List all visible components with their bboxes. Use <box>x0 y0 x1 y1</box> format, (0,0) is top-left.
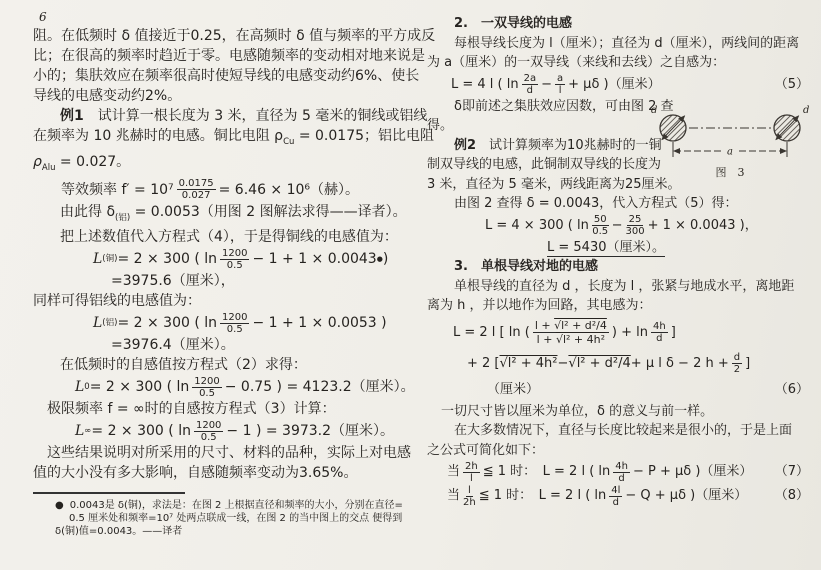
fraction-denominator: d <box>618 473 624 484</box>
fraction: 4ld <box>609 485 622 508</box>
equation-result-line: =3976.4（厘米）。 <box>111 335 425 355</box>
footnote-line: ●0.0043是 δ(铜)，求法是：在图 2 上根据直径和频率的大小，分别在直径… <box>33 499 425 512</box>
text-line: 阻。在低频时 δ 值接近于0.25，在高频时 δ 值与频率的平方成反 <box>33 26 425 46</box>
equation-7: 当 2hl ≦ 1 时： L = 2 l ( ln 4hd − P + μδ )… <box>447 460 815 484</box>
text-span: 由此得 δ <box>60 204 115 220</box>
fraction-numerator: 0.0175 <box>177 178 216 190</box>
figure-3-drawing: d d a 图 3 <box>647 100 815 184</box>
figure-3: d d a 图 3 <box>647 100 815 184</box>
fraction-denominator: 0.5 <box>592 226 608 237</box>
L-symbol: L <box>93 249 102 269</box>
eq-text: = 2 × 300 ( ln <box>91 421 191 441</box>
L-cu-subscript: (铜) <box>102 249 117 269</box>
fraction-numerator: d <box>732 352 742 364</box>
eq-text: = 2 × 300 ( ln <box>117 313 217 333</box>
text-span: = 0.0053（用图 2 图解法求得——译者）。 <box>130 204 406 220</box>
radical: √l² + d²/4 <box>568 354 630 374</box>
eq-text: + μ l δ − 2 h + <box>631 354 729 374</box>
equation-number: （7） <box>775 462 815 482</box>
text-line: 离为 h ，并以地作为回路，其电感为： <box>427 296 815 316</box>
example1-label: 例1 <box>60 108 84 124</box>
delta-al-subscript: (铝) <box>115 212 130 222</box>
equation-5: L = 4 l ( ln 2ad − al + μδ )（厘米） （5） <box>451 73 815 97</box>
eq-text: ] <box>671 323 676 343</box>
spacing-label: a <box>727 147 733 158</box>
aluminum-inductance-equation: L(铝) = 2 × 300 ( ln 12000.5 − 1 + 1 × 0.… <box>93 311 425 335</box>
text-span: 试计算频率为10兆赫时的一铜 <box>476 138 662 153</box>
text-line: 单根导线的直径为 d ，长度为 l ，张紧与地成水平，离地距 <box>427 277 815 297</box>
fraction-denominator: 2h <box>463 497 476 508</box>
fraction-numerator: l <box>466 485 473 497</box>
example2-equation: L = 4 × 300 ( ln 500.5 − 25300 + 1 × 0.0… <box>485 214 815 238</box>
fraction: 25300 <box>625 214 644 237</box>
fraction-numerator: 1200 <box>194 420 223 432</box>
eq-text: l + <box>537 333 556 346</box>
text-line: 比；在很高的频率时趋近于零。电感随频率的变动相对地来说是 <box>33 46 425 66</box>
text-line: 在频率为 10 兆赫时的电感。铜比电阻 ρCu = 0.0175；铝比电阻 <box>33 126 425 152</box>
text-span: 在频率为 10 兆赫时的电感。铜比电阻 ρ <box>33 128 283 144</box>
text-span: = 0.0175；铝比电阻 <box>294 128 434 144</box>
fraction-numerator: 4h <box>651 321 668 333</box>
eq-text: L = 4 × 300 ( ln <box>485 216 589 236</box>
fraction-denominator: d <box>527 85 533 96</box>
footnote-separator-rule <box>33 492 185 494</box>
text-line: 这些结果说明对所采用的尺寸、材料的品种，实际上对电感 <box>33 443 425 463</box>
equation-number: （8） <box>775 486 815 506</box>
eq-text: + μδ )（厘米） <box>568 75 660 95</box>
scanned-document-page: 6 阻。在低频时 δ 值接近于0.25，在高频时 δ 值与频率的平方成反 比；在… <box>0 0 821 570</box>
fraction-numerator: 25 <box>627 214 644 226</box>
L-infinity-subscript: ∞ <box>84 421 91 441</box>
fraction-numerator: a <box>555 73 565 85</box>
eq-text: − 1 + 1 × 0.0053 ) <box>252 313 386 333</box>
fraction-numerator: 1200 <box>220 312 249 324</box>
fraction-numerator: 4h <box>613 461 630 473</box>
eq-text: ≦ 1 时： L = 2 l ( ln <box>483 462 611 482</box>
text-line: 导线的电感变动约2%。 <box>33 86 425 106</box>
fraction-denominator: d <box>656 333 662 344</box>
fraction-denominator: 0.5 <box>199 388 215 399</box>
eq-text: 当 <box>447 486 460 506</box>
fraction-numerator: 1200 <box>192 376 221 388</box>
page-number: 6 <box>39 10 47 24</box>
fraction: 12000.5 <box>194 420 223 443</box>
text-line: 每根导线长度为 l（厘米）；直径为 d（厘米），两线间的距离 <box>427 34 815 54</box>
big-fraction: l + √l² + d²/4 l + √l² + 4h² <box>533 319 609 346</box>
fraction: 12000.5 <box>192 376 221 399</box>
left-column: 阻。在低频时 δ 值接近于0.25，在高频时 δ 值与频率的平方成反 比；在很高… <box>33 26 425 538</box>
footnote-text: 0.0043是 δ(铜)，求法是：在图 2 上根据直径和频率的大小，分别在直径= <box>70 500 403 511</box>
fraction-numerator: 1200 <box>220 248 249 260</box>
rho-cu-subscript: Cu <box>283 137 294 147</box>
fraction: 12000.5 <box>220 248 249 271</box>
eq-text: − <box>612 216 623 236</box>
eq-text: 当 <box>447 462 460 482</box>
fraction-numerator: 2a <box>522 73 539 85</box>
radical: √l² + 4h² <box>556 333 605 346</box>
rho-symbol: ρ <box>33 154 42 170</box>
text-line: 在大多数情况下，直径与长度比较起来是很小的，于是上面 <box>427 421 815 441</box>
footnote-line: δ(铜)值=0.0043。——译者 <box>33 525 425 538</box>
fraction-numerator: 4l <box>609 485 622 497</box>
eq-text: + 1 × 0.0043 )， <box>648 216 758 236</box>
eq-text: ≦ 1 时： L = 2 l ( ln <box>479 486 607 506</box>
fraction: 4hd <box>651 321 668 344</box>
eq-text: − <box>558 354 569 374</box>
fraction-numerator: l + √l² + d²/4 <box>533 319 609 333</box>
fraction: 12000.5 <box>220 312 249 335</box>
radical: √l² + 4h² <box>500 354 558 374</box>
text-line: 极限频率 f = ∞时的自感按方程式（3）计算： <box>33 399 425 419</box>
fraction-numerator: 2h <box>463 461 480 473</box>
eq-text: + 2 [ <box>467 354 500 374</box>
section-2-title: 2. 一双导线的电感 <box>427 14 815 34</box>
text-line: 小的；集肤效应在频率很高时使短导线的电感变动约6%、使长 <box>33 66 425 86</box>
fraction-denominator: 2 <box>734 364 740 375</box>
text-line: 之公式可简化如下： <box>427 441 815 461</box>
eq-text: L = 4 l ( ln <box>451 75 519 95</box>
fraction: 2ad <box>522 73 539 96</box>
text-span: 试计算一根长度为 3 米，直径为 5 毫米的铜线或铝线 <box>84 108 428 124</box>
low-frequency-inductance-equation: L0 = 2 × 300 ( ln 12000.5 − 0.75 ) = 412… <box>75 375 425 399</box>
example2-label: 例2 <box>454 138 476 153</box>
fraction-denominator: l + √l² + 4h² <box>537 333 605 346</box>
diameter-label-left: d <box>651 105 657 116</box>
text-line: ρAlu = 0.027。 <box>33 152 425 178</box>
fraction: al <box>555 73 565 96</box>
fraction-denominator: 0.5 <box>227 260 243 271</box>
L-al-subscript: (铝) <box>102 313 117 333</box>
eq-text: ] <box>745 354 750 374</box>
text-line: 在低频时的自感值按方程式（2）求得： <box>33 355 425 375</box>
radical: √l² + d²/4 <box>554 319 607 332</box>
eq-text: = 2 × 300 ( ln <box>117 249 217 269</box>
example2-result-line: L = 5430（厘米）。 <box>547 238 815 258</box>
equation-number: （5） <box>775 75 815 95</box>
rho-alu-subscript: Alu <box>42 163 56 173</box>
fraction: l2h <box>463 485 476 508</box>
fraction: 2hl <box>463 461 480 484</box>
fraction-denominator: 0.027 <box>182 190 211 201</box>
L-symbol: L <box>75 377 84 397</box>
text-line: 为 a（厘米）的一双导线（来线和去线）之自感为： <box>427 53 815 73</box>
footnote-line: 0.5 厘米处和频率=10⁷ 处两点联成一线，在图 2 的当中图上的交点 便得到 <box>33 512 425 525</box>
section-3-title: 3. 单根导线对地的电感 <box>427 257 815 277</box>
eq-text: ) <box>383 249 388 269</box>
fraction: 4hd <box>613 461 630 484</box>
eq-unit: （厘米） <box>487 380 539 400</box>
text-line: 把上述数值代入方程式（4），于是得铜线的电感值为： <box>33 227 425 247</box>
fraction-denominator: l <box>559 85 562 96</box>
fraction-denominator: 0.5 <box>227 324 243 335</box>
eq-text: 等效频率 f′ = 10⁷ <box>61 180 174 200</box>
equation-result-line: =3975.6（厘米）， <box>111 271 425 291</box>
underlined-result: L = 5430（厘米）。 <box>547 240 665 257</box>
equation-6-line2: + 2 [ √l² + 4h² − √l² + d²/4 + μ l δ − 2… <box>467 350 815 378</box>
eq-text: = 6.46 × 10⁶（赫）。 <box>219 180 359 200</box>
eq-text: − <box>541 75 552 95</box>
eq-text: = 2 × 300 ( ln <box>90 377 190 397</box>
fraction-denominator: d <box>613 497 619 508</box>
fraction-denominator: 0.5 <box>201 432 217 443</box>
L-symbol: L <box>75 421 84 441</box>
eq-text: − 0.75 ) = 4123.2（厘米）。 <box>225 377 415 397</box>
fraction: 0.01750.027 <box>177 178 216 201</box>
text-line: 一切尺寸皆以厘米为单位，δ 的意义与前一样。 <box>427 402 815 422</box>
fraction-numerator: 50 <box>592 214 609 226</box>
figure-3-caption: 图 3 <box>716 166 745 179</box>
L-symbol: L <box>93 313 102 333</box>
text-line: 值的大小没有多大影响，自感随频率变动为3.65%。 <box>33 463 425 483</box>
equation-6-line1: L = 2 l [ ln ( l + √l² + d²/4 l + √l² + … <box>453 316 815 350</box>
fraction-denominator: l <box>470 473 473 484</box>
eq-text: − Q + μδ )（厘米） <box>625 486 747 506</box>
example1-heading-line: 例1 试计算一根长度为 3 米，直径为 5 毫米的铜线或铝线 <box>33 106 425 126</box>
eq-text: − 1 + 1 × 0.0043 <box>252 249 376 269</box>
fraction-denominator: 300 <box>625 226 644 237</box>
text-line: 同样可得铝线的电感值为： <box>33 291 425 311</box>
eq-text: l + <box>535 319 554 332</box>
equation-8: 当 l2h ≦ 1 时： L = 2 l ( ln 4ld − Q + μδ )… <box>447 484 815 508</box>
fraction: d2 <box>732 352 742 375</box>
equation-number: （6） <box>775 380 815 400</box>
fraction: 500.5 <box>592 214 609 237</box>
equivalent-frequency-equation: 等效频率 f′ = 10⁷ 0.01750.027 = 6.46 × 10⁶（赫… <box>61 178 425 202</box>
diameter-label-right: d <box>803 105 809 116</box>
right-column: 2. 一双导线的电感 每根导线长度为 l（厘米）；直径为 d（厘米），两线间的距… <box>427 14 815 508</box>
eq-text: L = 2 l [ ln ( <box>453 323 530 343</box>
eq-text: ) + ln <box>612 323 648 343</box>
text-span: = 0.027。 <box>55 154 130 170</box>
text-line: 由图 2 查得 δ = 0.0043，代入方程式（5）得： <box>427 194 815 214</box>
footnote: ●0.0043是 δ(铜)，求法是：在图 2 上根据直径和频率的大小，分别在直径… <box>33 499 425 538</box>
copper-inductance-equation: L(铜) = 2 × 300 ( ln 12000.5 − 1 + 1 × 0.… <box>93 247 425 271</box>
delta-value-line: 由此得 δ(铝) = 0.0053（用图 2 图解法求得——译者）。 <box>33 202 425 228</box>
eq-text: − 1 ) = 3973.2（厘米）。 <box>226 421 394 441</box>
equation-6-unit-line: （厘米） （6） <box>487 378 815 402</box>
eq-text: − P + μδ )（厘米） <box>633 462 752 482</box>
footnote-bullet-icon: ● <box>55 500 64 511</box>
limit-frequency-inductance-equation: L∞ = 2 × 300 ( ln 12000.5 − 1 ) = 3973.2… <box>75 419 425 443</box>
